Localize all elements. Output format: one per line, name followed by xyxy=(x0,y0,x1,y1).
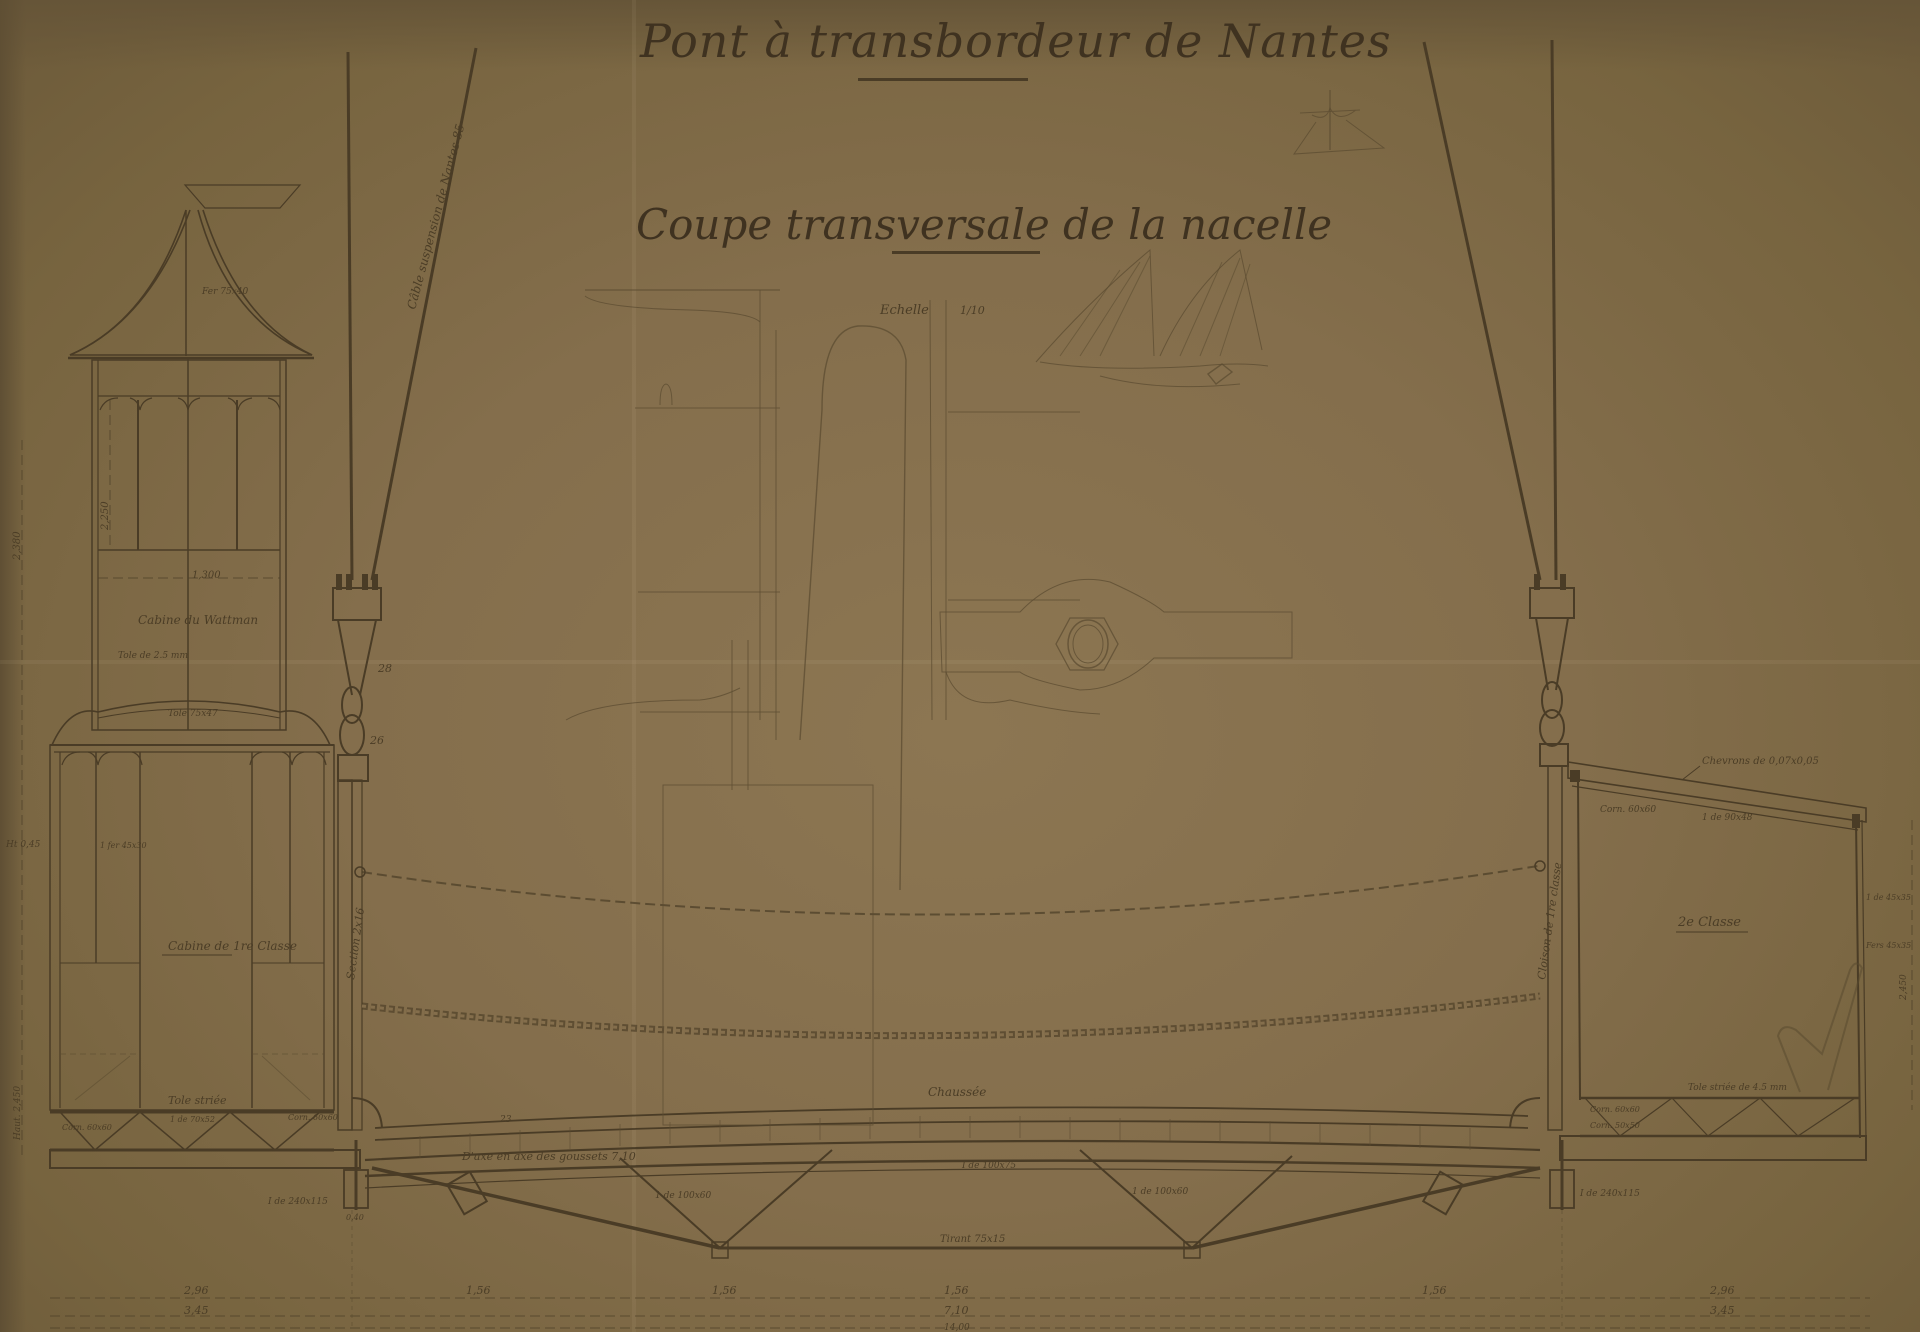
cable-label: Câble suspension de Nantes 85 xyxy=(404,122,467,310)
svg-text:3,45: 3,45 xyxy=(184,1304,209,1317)
roadway-deck: Chaussée D'axe en axe des goussets 7,10 … xyxy=(352,1085,1540,1188)
svg-text:1,56: 1,56 xyxy=(944,1284,969,1297)
svg-text:28: 28 xyxy=(377,662,392,675)
svg-text:Tole 75x47: Tole 75x47 xyxy=(168,709,218,719)
svg-text:Fers 45x35: Fers 45x35 xyxy=(1865,941,1911,950)
svg-text:1 de 100x60: 1 de 100x60 xyxy=(655,1191,712,1201)
svg-text:2,380: 2,380 xyxy=(12,531,23,561)
second-class-cabin-label: 2e Classe xyxy=(1677,915,1741,930)
svg-text:Corn. 60x60: Corn. 60x60 xyxy=(1600,805,1656,815)
svg-text:1 de 70x52: 1 de 70x52 xyxy=(170,1115,215,1124)
svg-text:2,250: 2,250 xyxy=(100,501,111,531)
svg-text:7,10: 7,10 xyxy=(944,1304,969,1317)
wattman-cabin-label: Cabine du Wattman xyxy=(138,613,258,627)
svg-text:1,56: 1,56 xyxy=(712,1284,737,1297)
right-cabin: Chevrons de 0,07x0,05 Corn. 60x60 1 de 9… xyxy=(1560,756,1912,1160)
roadway-label: Chaussée xyxy=(928,1085,986,1099)
svg-text:23: 23 xyxy=(499,1115,512,1125)
svg-text:2,450: 2,450 xyxy=(1899,974,1909,1001)
svg-text:14,00: 14,00 xyxy=(944,1323,970,1332)
svg-text:Section 2x16: Section 2x16 xyxy=(344,907,367,981)
svg-text:1,56: 1,56 xyxy=(466,1284,491,1297)
svg-text:26: 26 xyxy=(369,734,384,747)
guard-rope xyxy=(362,866,1538,915)
svg-text:Tole striée de 4.5 mm: Tole striée de 4.5 mm xyxy=(1688,1082,1787,1093)
svg-text:Corn. 50x50: Corn. 50x50 xyxy=(1590,1121,1640,1130)
svg-text:Tole striée: Tole striée xyxy=(168,1094,227,1107)
svg-text:1 de 90x48: 1 de 90x48 xyxy=(1702,813,1753,823)
right-suspension-cables xyxy=(1424,40,1556,580)
svg-text:I de 100x75: I de 100x75 xyxy=(961,1161,1016,1171)
left-suspension-cables: Câble suspension de Nantes 85 xyxy=(348,48,476,580)
left-cabin: Fer 75x40 2,250 1,300 Cabine du Wattman … xyxy=(5,185,360,1168)
svg-text:0,40: 0,40 xyxy=(346,1213,364,1222)
scale-label: Echelle xyxy=(879,303,929,318)
svg-text:Haut. 2,450: Haut. 2,450 xyxy=(13,1086,23,1141)
svg-text:Tirant 75x15: Tirant 75x15 xyxy=(940,1234,1005,1245)
pencil-sketches: Echelle 1/10 xyxy=(566,90,1384,1125)
svg-text:I de 240x115: I de 240x115 xyxy=(267,1197,328,1207)
svg-text:Corn. 60x60: Corn. 60x60 xyxy=(288,1113,338,1122)
cross-section-drawing: Câble suspension de Nantes 85 28 26 Sect… xyxy=(0,0,1920,1332)
svg-text:3,45: 3,45 xyxy=(1710,1304,1735,1317)
svg-text:I de 240x115: I de 240x115 xyxy=(1579,1189,1640,1199)
svg-text:2,96: 2,96 xyxy=(1709,1284,1735,1297)
svg-text:Tole de 2.5 mm: Tole de 2.5 mm xyxy=(118,651,188,661)
svg-text:1 fer 45x30: 1 fer 45x30 xyxy=(100,841,147,850)
svg-text:Cloison de 1re classe: Cloison de 1re classe xyxy=(1535,861,1564,980)
svg-text:1 de 100x60: 1 de 100x60 xyxy=(1132,1187,1189,1197)
axis-dimension-label: D'axe en axe des goussets 7,10 xyxy=(461,1150,636,1163)
dimension-lines: 2,96 1,56 1,56 1,56 1,56 2,96 3,45 7,10 … xyxy=(50,1210,1870,1332)
svg-text:1,56: 1,56 xyxy=(1422,1284,1447,1297)
right-cable-link: Cloison de 1re classe xyxy=(1530,574,1574,1130)
svg-text:2,96: 2,96 xyxy=(183,1284,209,1297)
svg-text:Corn. 60x60: Corn. 60x60 xyxy=(1590,1105,1640,1114)
svg-text:1,300: 1,300 xyxy=(192,570,221,581)
svg-text:1 de 45x35: 1 de 45x35 xyxy=(1866,893,1911,902)
roof-chevrons-label: Chevrons de 0,07x0,05 xyxy=(1702,756,1819,767)
svg-text:1/10: 1/10 xyxy=(960,304,985,317)
first-class-cabin-label: Cabine de 1re Classe xyxy=(168,939,297,953)
svg-text:Corn. 60x60: Corn. 60x60 xyxy=(62,1123,112,1132)
svg-text:Fer 75x40: Fer 75x40 xyxy=(201,287,248,297)
left-cable-link: 28 26 Section 2x16 xyxy=(333,574,392,1130)
svg-text:Ht 0,45: Ht 0,45 xyxy=(5,840,41,850)
